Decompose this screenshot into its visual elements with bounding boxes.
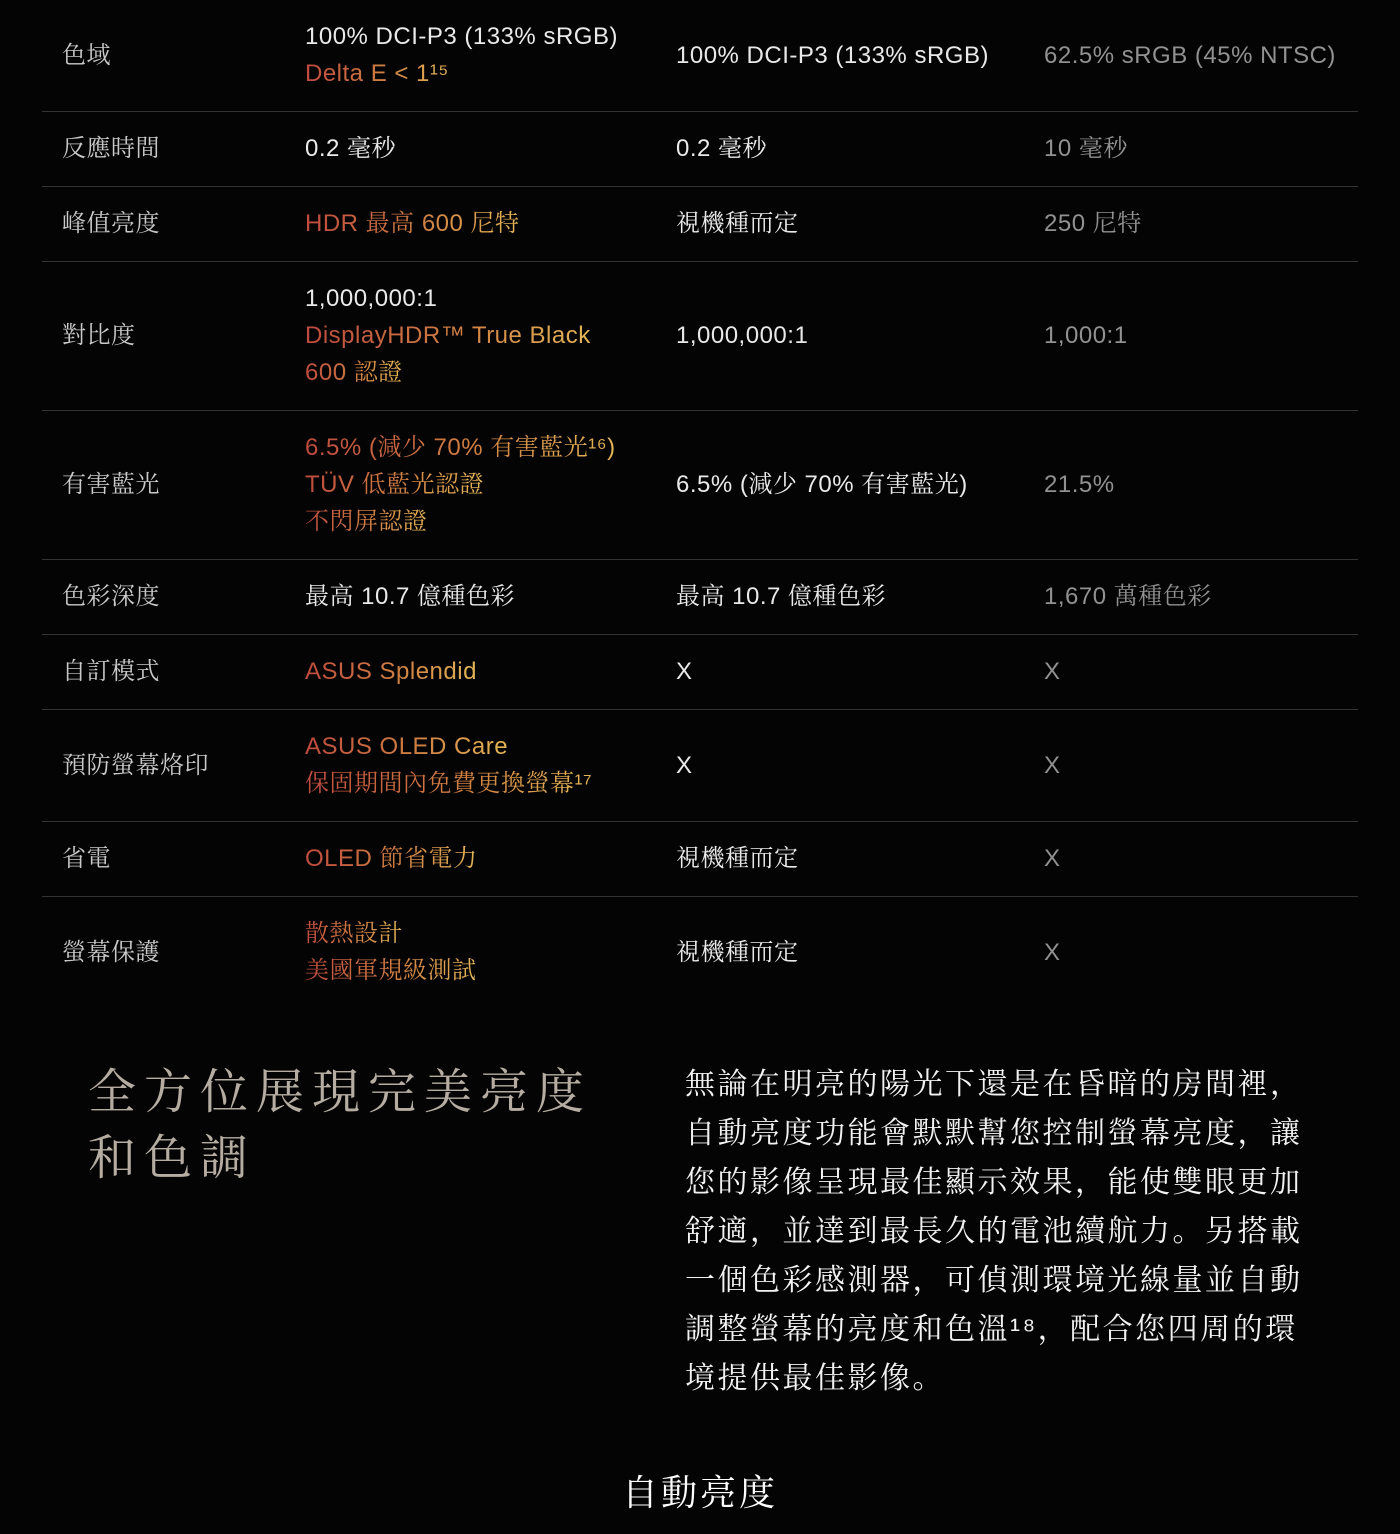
spec-value-compare: 視機種而定 (676, 209, 1044, 239)
spec-value-line: 21.5% (1044, 470, 1358, 500)
spec-value-basic: X (1044, 938, 1358, 968)
spec-value-line: X (1044, 844, 1358, 874)
spec-value-basic: 1,000:1 (1044, 321, 1358, 351)
spec-value-line: 250 尼特 (1044, 209, 1358, 239)
spec-label: 預防螢幕烙印 (42, 751, 305, 781)
spec-row: 色域 100% DCI-P3 (133% sRGB)Delta E < 1¹⁵ … (42, 0, 1358, 112)
spec-row: 有害藍光 6.5% (減少 70% 有害藍光¹⁶)TÜV 低藍光認證不閃屏認證 … (42, 411, 1358, 560)
spec-value-main: HDR 最高 600 尼特 (305, 209, 676, 239)
spec-value-line: 最高 10.7 億種色彩 (676, 582, 1020, 612)
spec-value-line: 1,000,000:1 (305, 284, 652, 314)
spec-value-line: 不閃屏認證 (305, 507, 652, 537)
spec-value-compare: 6.5% (減少 70% 有害藍光) (676, 470, 1044, 500)
spec-row: 螢幕保護 散熱設計美國軍規級測試 視機種而定 X (42, 897, 1358, 1008)
spec-value-basic: X (1044, 657, 1358, 687)
spec-value-compare: 視機種而定 (676, 844, 1044, 874)
section-paragraph: 無論在明亮的陽光下還是在昏暗的房間裡，自動亮度功能會默默幫您控制螢幕亮度，讓您的… (685, 1060, 1310, 1403)
spec-value-line: 1,000,000:1 (676, 321, 1020, 351)
spec-value-compare: 100% DCI-P3 (133% sRGB) (676, 41, 1044, 71)
spec-value-line: 視機種而定 (676, 938, 1020, 968)
spec-value-basic: 10 毫秒 (1044, 134, 1358, 164)
spec-value-line: 100% DCI-P3 (133% sRGB) (676, 41, 1020, 71)
spec-value-line: DisplayHDR™ True Black (305, 321, 652, 351)
spec-value-compare: 視機種而定 (676, 938, 1044, 968)
spec-label: 反應時間 (42, 134, 305, 164)
spec-value-line: OLED 節省電力 (305, 844, 652, 874)
spec-value-line: ASUS OLED Care (305, 732, 652, 762)
spec-label: 對比度 (42, 321, 305, 351)
spec-value-line: 1,670 萬種色彩 (1044, 582, 1358, 612)
spec-value-line: ASUS Splendid (305, 657, 652, 687)
spec-page: 色域 100% DCI-P3 (133% sRGB)Delta E < 1¹⁵ … (0, 0, 1400, 1534)
spec-value-line: X (1044, 751, 1358, 781)
spec-value-main: 100% DCI-P3 (133% sRGB)Delta E < 1¹⁵ (305, 22, 676, 89)
spec-value-line: 100% DCI-P3 (133% sRGB) (305, 22, 652, 52)
spec-row: 反應時間 0.2 毫秒 0.2 毫秒 10 毫秒 (42, 112, 1358, 187)
spec-row: 峰值亮度 HDR 最高 600 尼特 視機種而定 250 尼特 (42, 187, 1358, 262)
spec-value-line: 0.2 毫秒 (305, 134, 652, 164)
spec-value-line: HDR 最高 600 尼特 (305, 209, 652, 239)
spec-value-main: ASUS OLED Care保固期間內免費更換螢幕¹⁷ (305, 732, 676, 799)
spec-value-line: 62.5% sRGB (45% NTSC) (1044, 41, 1358, 71)
spec-value-line: 最高 10.7 億種色彩 (305, 582, 652, 612)
spec-row: 自訂模式 ASUS Splendid X X (42, 635, 1358, 710)
spec-value-basic: 62.5% sRGB (45% NTSC) (1044, 41, 1358, 71)
spec-value-basic: X (1044, 751, 1358, 781)
spec-label: 峰值亮度 (42, 209, 305, 239)
spec-label: 螢幕保護 (42, 938, 305, 968)
spec-value-line: 0.2 毫秒 (676, 134, 1020, 164)
spec-value-line: 保固期間內免費更換螢幕¹⁷ (305, 769, 652, 799)
spec-value-line: X (1044, 938, 1358, 968)
spec-value-line: TÜV 低藍光認證 (305, 470, 652, 500)
spec-value-compare: X (676, 657, 1044, 687)
spec-value-basic: 250 尼特 (1044, 209, 1358, 239)
spec-row: 色彩深度 最高 10.7 億種色彩 最高 10.7 億種色彩 1,670 萬種色… (42, 560, 1358, 635)
spec-value-basic: X (1044, 844, 1358, 874)
spec-row: 預防螢幕烙印 ASUS OLED Care保固期間內免費更換螢幕¹⁷ X X (42, 710, 1358, 822)
spec-value-line: 600 認證 (305, 358, 652, 388)
spec-label: 自訂模式 (42, 657, 305, 687)
spec-value-main: 散熱設計美國軍規級測試 (305, 919, 676, 986)
spec-value-line: 10 毫秒 (1044, 134, 1358, 164)
spec-value-line: X (676, 751, 1020, 781)
section-heading: 全方位展現完美亮度和色調 (88, 1060, 633, 1403)
spec-value-line: 1,000:1 (1044, 321, 1358, 351)
spec-value-compare: X (676, 751, 1044, 781)
spec-table: 色域 100% DCI-P3 (133% sRGB)Delta E < 1¹⁵ … (42, 0, 1358, 1008)
spec-value-main: 1,000,000:1DisplayHDR™ True Black600 認證 (305, 284, 676, 388)
spec-value-main: 0.2 毫秒 (305, 134, 676, 164)
spec-value-line: X (1044, 657, 1358, 687)
spec-label: 色域 (42, 41, 305, 71)
spec-value-compare: 最高 10.7 億種色彩 (676, 582, 1044, 612)
spec-value-line: 6.5% (減少 70% 有害藍光¹⁶) (305, 433, 652, 463)
spec-value-compare: 0.2 毫秒 (676, 134, 1044, 164)
spec-value-line: 美國軍規級測試 (305, 956, 652, 986)
spec-value-line: X (676, 657, 1020, 687)
spec-label: 色彩深度 (42, 582, 305, 612)
spec-value-compare: 1,000,000:1 (676, 321, 1044, 351)
auto-brightness-caption: 自動亮度 (0, 1465, 1400, 1534)
auto-brightness-section: 全方位展現完美亮度和色調 無論在明亮的陽光下還是在昏暗的房間裡，自動亮度功能會默… (88, 1060, 1312, 1403)
spec-value-line: 視機種而定 (676, 209, 1020, 239)
spec-value-main: 6.5% (減少 70% 有害藍光¹⁶)TÜV 低藍光認證不閃屏認證 (305, 433, 676, 537)
spec-value-main: 最高 10.7 億種色彩 (305, 582, 676, 612)
spec-value-main: OLED 節省電力 (305, 844, 676, 874)
spec-label: 省電 (42, 844, 305, 874)
spec-value-line: 散熱設計 (305, 919, 652, 949)
spec-value-line: Delta E < 1¹⁵ (305, 59, 652, 89)
spec-value-main: ASUS Splendid (305, 657, 676, 687)
spec-value-basic: 1,670 萬種色彩 (1044, 582, 1358, 612)
spec-row: 對比度 1,000,000:1DisplayHDR™ True Black600… (42, 262, 1358, 411)
spec-row: 省電 OLED 節省電力 視機種而定 X (42, 822, 1358, 897)
spec-label: 有害藍光 (42, 470, 305, 500)
spec-value-line: 視機種而定 (676, 844, 1020, 874)
spec-value-line: 6.5% (減少 70% 有害藍光) (676, 470, 1020, 500)
spec-value-basic: 21.5% (1044, 470, 1358, 500)
